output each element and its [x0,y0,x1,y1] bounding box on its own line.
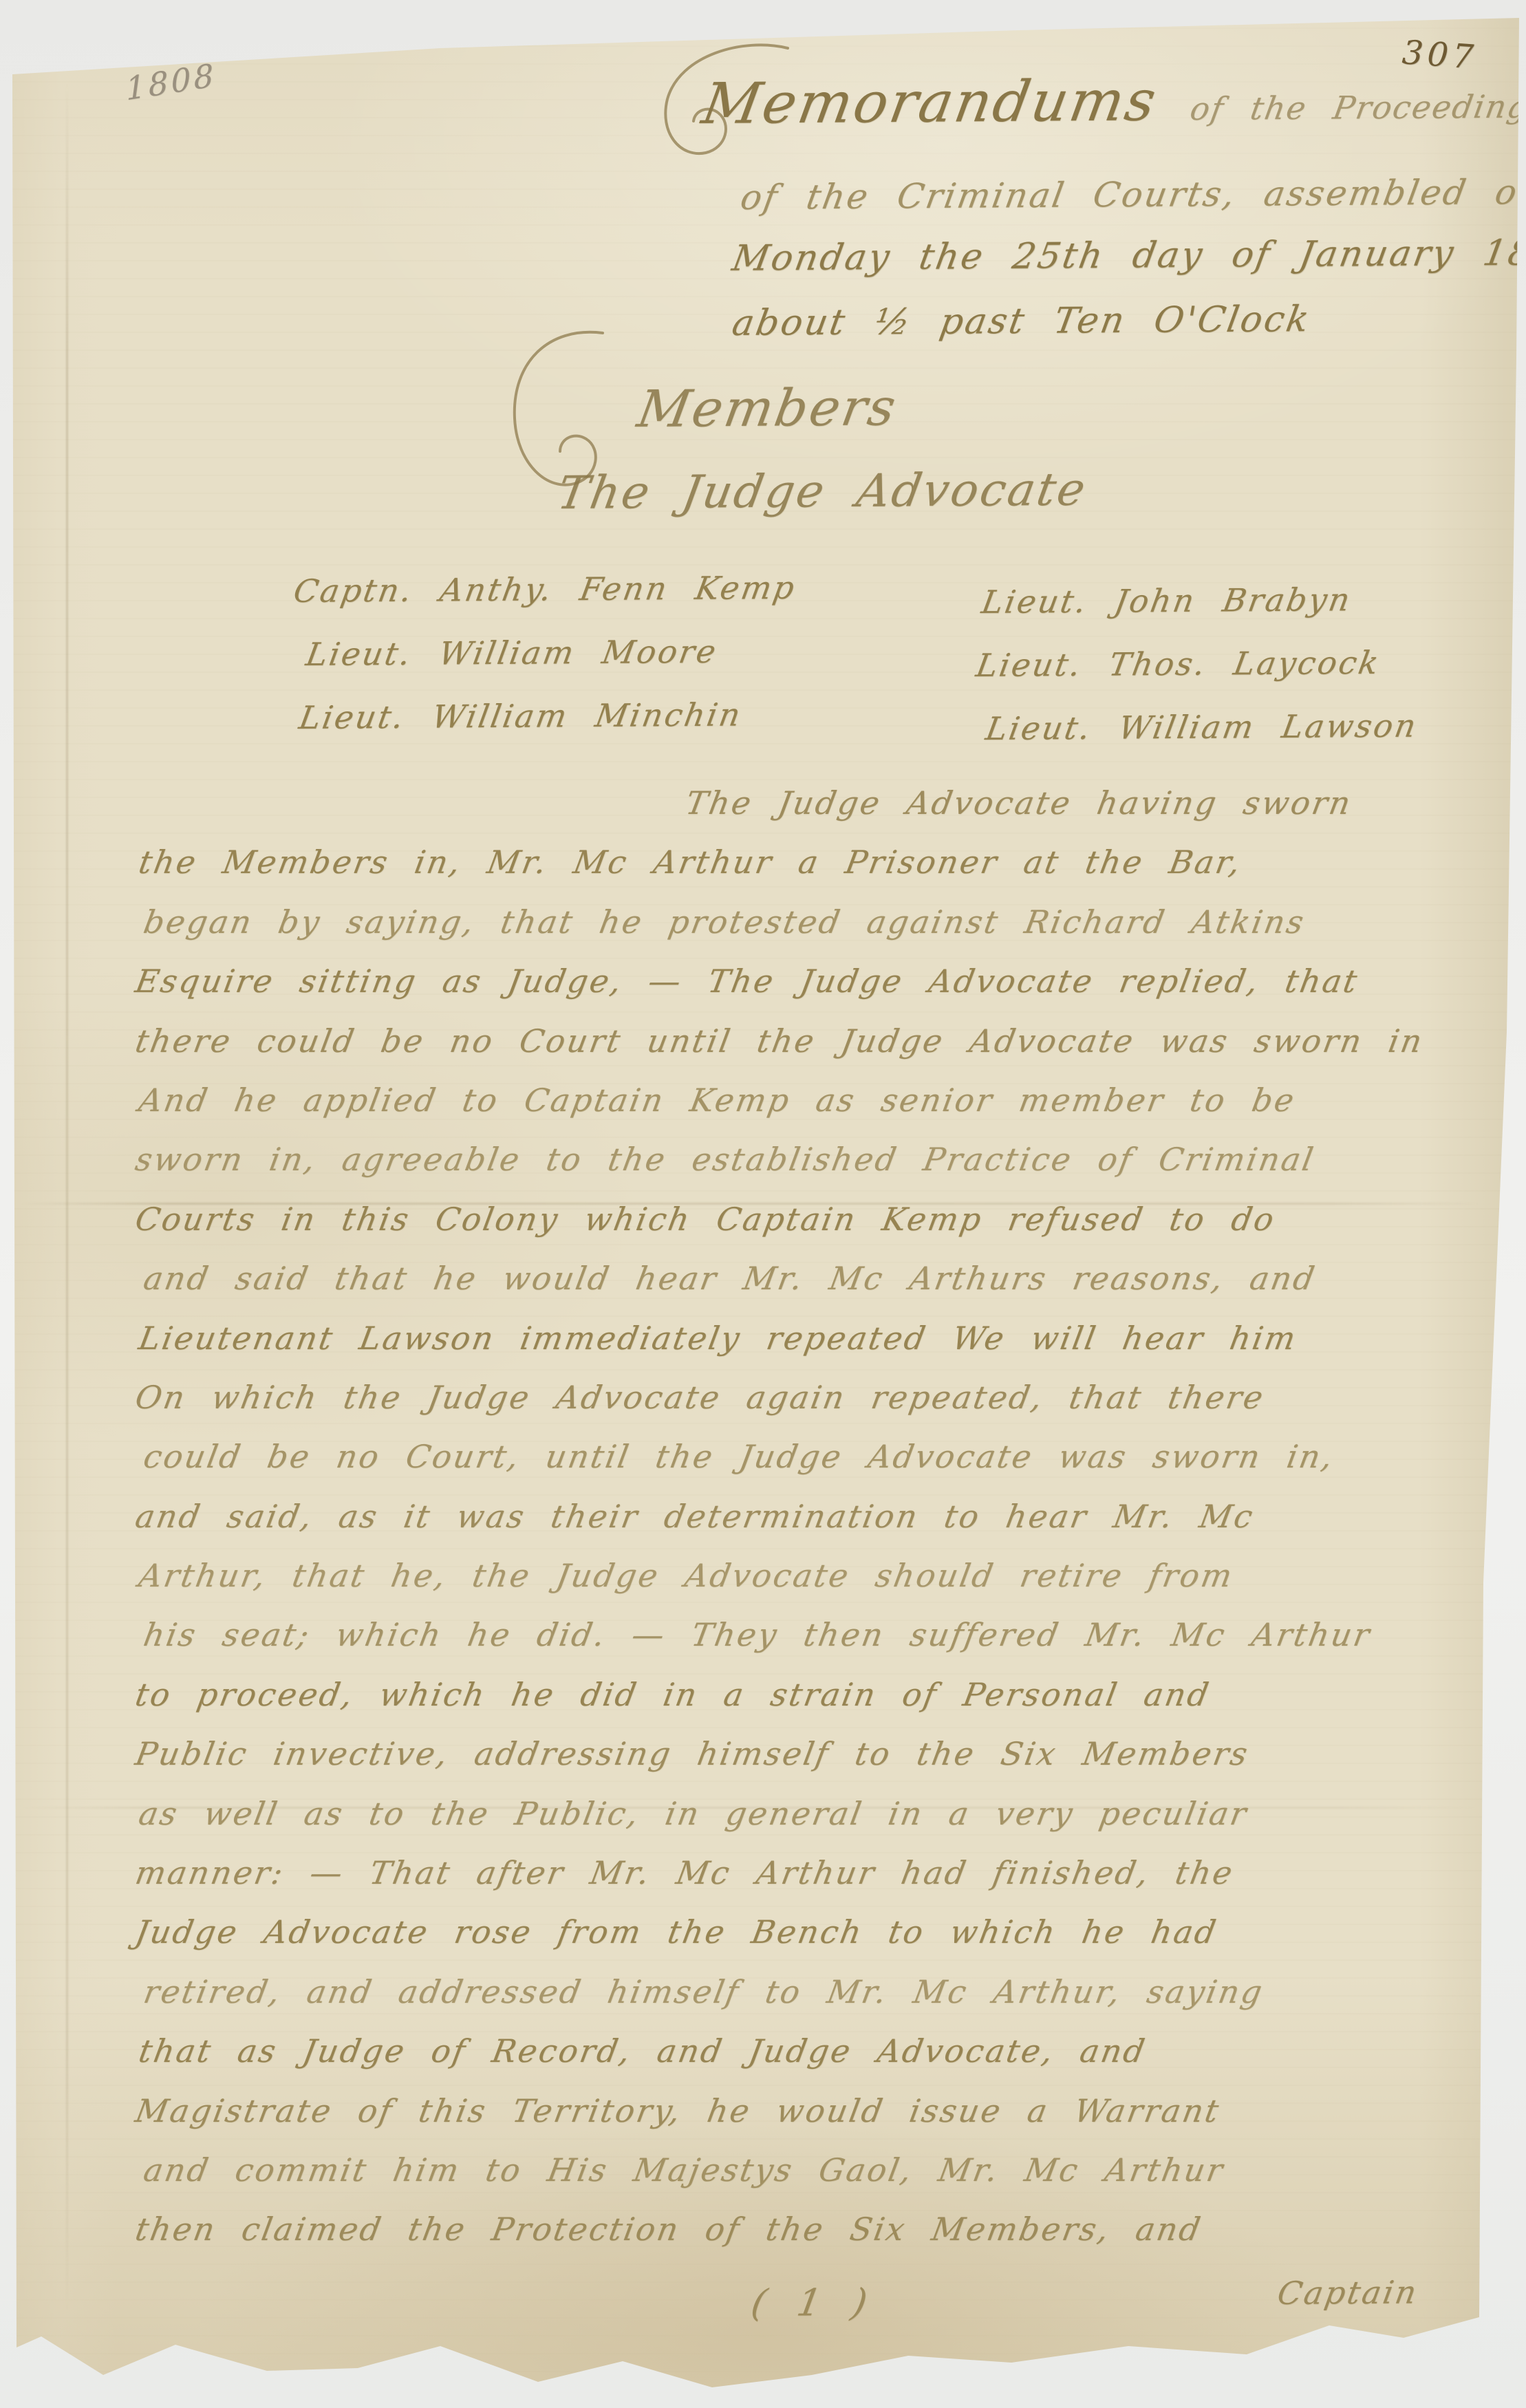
judge-advocate-heading: The Judge Advocate [554,463,1091,519]
body-line: could be no Court, until the Judge Advoc… [131,1427,1472,1486]
body-line: then claimed the Protection of the Six M… [131,2200,1472,2259]
body-line: and commit him to His Majestys Gaol, Mr.… [131,2140,1472,2200]
catchword: Captain [1275,2274,1421,2312]
body-line: On which the Judge Advocate again repeat… [131,1368,1472,1427]
body-line: and said, as it was their determination … [131,1487,1472,1546]
title-line-1-rest: of the Proceedings [1188,87,1526,127]
paper-sheet: 1808 307 Memorandums of the Proceedings … [0,0,1526,2408]
body-text: The Judge Advocate having sworn the Memb… [141,773,1472,2259]
title-line-2: of the Criminal Courts, assembled on [738,172,1526,217]
title-line-3: Monday the 25th day of January 1808 [729,232,1526,279]
vertical-fold-crease [66,83,68,2312]
body-line: And he applied to Captain Kemp as senior… [131,1071,1472,1130]
body-line: Public invective, addressing himself to … [131,1724,1472,1783]
manuscript-scan: { "document": { "year_annotation": "1808… [0,0,1526,2408]
body-line: manner: — That after Mr. Mc Arthur had f… [131,1843,1472,1902]
body-line: there could be no Court until the Judge … [131,1011,1472,1071]
body-line: sworn in, agreeable to the established P… [131,1130,1472,1189]
body-line: Judge Advocate rose from the Bench to wh… [131,1902,1472,1961]
body-line: The Judge Advocate having sworn [131,773,1472,832]
pencil-year-annotation: 1808 [125,56,217,107]
title-line-1: Memorandums of the Proceedings [698,65,1526,137]
body-line: that as Judge of Record, and Judge Advoc… [131,2021,1472,2081]
body-line: began by saying, that he protested again… [131,892,1472,952]
body-line: and said that he would hear Mr. Mc Arthu… [131,1249,1472,1308]
member-name: Lieut. William Moore [303,633,720,673]
body-line: Arthur, that he, the Judge Advocate shou… [131,1546,1472,1605]
body-line: as well as to the Public, in general in … [131,1784,1472,1843]
body-line: his seat; which he did. — They then suff… [131,1605,1472,1664]
body-line: Courts in this Colony which Captain Kemp… [131,1190,1472,1249]
members-heading: Members [633,378,901,439]
member-name: Lieut. William Lawson [983,707,1421,747]
page-footer-marker: ( 1 ) [748,2281,872,2325]
body-line: the Members in, Mr. Mc Arthur a Prisoner… [131,832,1472,892]
title-word-memorandums: Memorandums [698,68,1163,137]
member-name: Lieut. John Brabyn [979,581,1355,621]
body-line: Esquire sitting as Judge, — The Judge Ad… [131,952,1472,1011]
body-line: to proceed, which he did in a strain of … [131,1665,1472,1724]
member-name: Lieut. William Minchin [297,696,745,736]
member-name: Lieut. Thos. Laycock [974,644,1384,684]
member-name: Captn. Anthy. Fenn Kemp [291,569,799,610]
title-line-4: about ½ past Ten O'Clock [729,299,1314,344]
body-line: retired, and addressed himself to Mr. Mc… [131,1962,1472,2021]
body-line: Lieutenant Lawson immediately repeated W… [131,1309,1472,1368]
body-line: Magistrate of this Territory, he would i… [131,2081,1472,2140]
